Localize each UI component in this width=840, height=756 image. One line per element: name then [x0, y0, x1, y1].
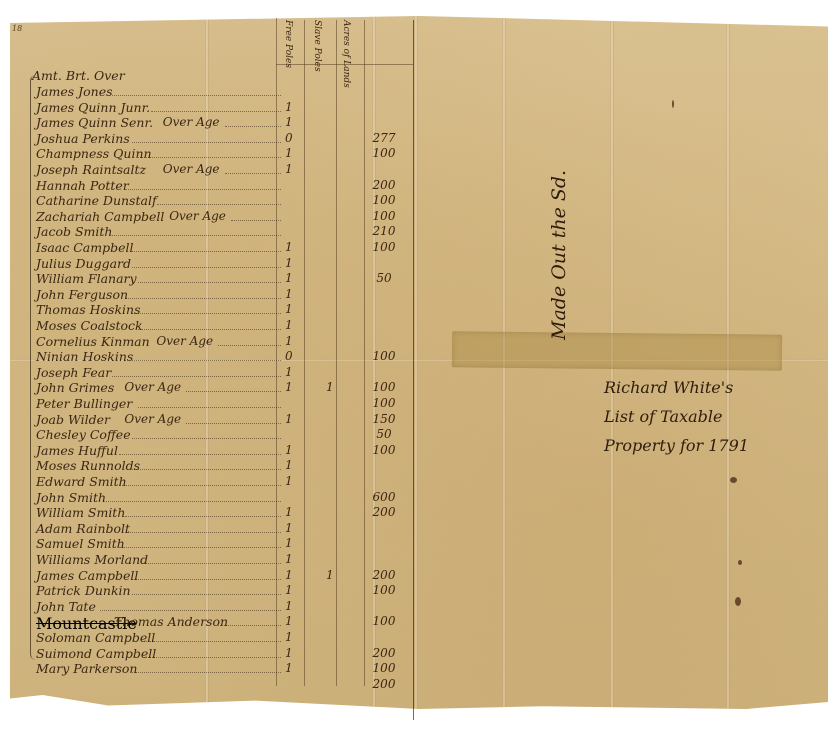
free-poll-value: 0: [285, 349, 293, 363]
acres-value: 100: [366, 209, 402, 223]
taxpayer-name: William Flanary: [36, 271, 137, 286]
acres-value: 100: [366, 583, 402, 597]
ledger-row: MountcastleThomas Anderson1100: [36, 614, 416, 631]
dotted-leader: [132, 672, 281, 673]
taxpayer-name: James Quinn Junr.: [36, 100, 150, 115]
dotted-leader: [112, 95, 281, 96]
taxpayer-name: Isaac Campbell: [36, 240, 134, 255]
taxpayer-name: Joseph Fear: [36, 365, 111, 380]
ledger-row: Hannah Potter200: [36, 178, 416, 195]
acres-value: 200: [366, 646, 402, 660]
dotted-leader: [132, 579, 281, 580]
acres-value: 210: [366, 224, 402, 238]
ledger-row: Isaac Campbell1100: [36, 240, 416, 257]
free-poll-value: 1: [285, 412, 293, 426]
ledger-row: William Flanary150: [36, 271, 416, 288]
ledger-row: John GrimesOver Age11100: [36, 380, 416, 397]
docket-line: List of Taxable: [604, 402, 749, 431]
ledger-row: John Smith600: [36, 490, 416, 507]
free-poll-value: 1: [285, 287, 293, 301]
slave-poll-value: 1: [326, 568, 334, 582]
free-poll-value: 1: [285, 240, 293, 254]
dotted-leader: [218, 345, 281, 346]
age-note: Over Age: [156, 334, 213, 348]
ledger-row: Catharine Dunstalf100: [36, 193, 416, 210]
taxpayer-name: John Grimes: [36, 380, 114, 395]
taxpayer-name: Julius Duggard: [36, 256, 131, 271]
free-poll-value: 1: [285, 552, 293, 566]
page-mark: 18: [12, 24, 22, 33]
taxpayer-name: Peter Bullinger: [36, 396, 132, 411]
dotted-leader: [106, 501, 281, 502]
ink-blot: [735, 597, 741, 606]
dotted-leader: [218, 625, 281, 626]
acres-value: 100: [366, 349, 402, 363]
free-poll-value: 1: [285, 318, 293, 332]
taxpayer-name: Cornelius Kinman: [36, 334, 150, 349]
ledger-row: John Ferguson1: [36, 287, 416, 304]
dotted-leader: [138, 282, 281, 283]
ledger-row: Moses Coalstock1: [36, 318, 416, 335]
taxpayer-name: Mary Parkerson: [36, 661, 137, 676]
ledger-row: Joseph RaintsaltzOver Age1: [36, 162, 416, 179]
dotted-leader: [144, 641, 281, 642]
acres-value: 200: [366, 568, 402, 582]
dotted-leader: [100, 610, 281, 611]
free-poll-value: 1: [285, 256, 293, 270]
taxpayer-name: Moses Coalstock: [36, 318, 143, 333]
dotted-leader: [138, 407, 281, 408]
free-poll-value: 1: [285, 302, 293, 316]
taxpayer-name: John Tate: [36, 599, 96, 614]
dotted-leader: [125, 532, 281, 533]
ledger-row: Jacob Smith210: [36, 224, 416, 241]
taxpayer-name: James Campbell: [36, 568, 138, 583]
dotted-leader: [186, 391, 281, 392]
taxpayer-name: Chesley Coffee: [36, 427, 131, 442]
ledger-row: Cornelius KinmanOver Age1: [36, 334, 416, 351]
ledger-row: Soloman Campbell1: [36, 630, 416, 647]
dotted-leader: [125, 189, 281, 190]
taxpayer-name: Joab Wilder: [36, 412, 110, 427]
free-poll-value: 1: [285, 661, 293, 675]
acres-value: 50: [366, 427, 402, 441]
ledger-row: Chesley Coffee50: [36, 427, 416, 444]
trailing-total-row: 200: [36, 677, 416, 694]
ledger-row: Julius Duggard1: [36, 256, 416, 273]
acres-value: 600: [366, 490, 402, 504]
ledger-row: John Tate1: [36, 599, 416, 616]
free-poll-value: 1: [285, 443, 293, 457]
dotted-leader: [112, 376, 281, 377]
acres-value: 50: [366, 271, 402, 285]
taxpayer-name: James Hufful: [36, 443, 118, 458]
acres-value: 100: [366, 240, 402, 254]
ink-blot: [672, 100, 674, 108]
ledger-row: Williams Morland1: [36, 552, 416, 569]
taxpayer-name: Suimond Campbell: [36, 646, 156, 661]
taxpayer-name: James Quinn Senr.: [36, 115, 153, 130]
age-note: Over Age: [169, 209, 226, 223]
ledger-row: James Jones: [36, 84, 416, 101]
acres-value: 200: [366, 505, 402, 519]
free-poll-value: 1: [285, 380, 293, 394]
taxpayer-name: Thomas Anderson: [114, 614, 228, 629]
ledger-row: James Campbell11200: [36, 568, 416, 585]
ledger-row: James Quinn Senr.Over Age1: [36, 115, 416, 132]
acres-value: 277: [366, 131, 402, 145]
ledger-row: Joab WilderOver Age1150: [36, 412, 416, 429]
taxpayer-name: James Jones: [36, 84, 113, 99]
docket-line: Richard White's: [604, 373, 749, 402]
slave-poll-value: 1: [326, 380, 334, 394]
taxpayer-name: Jacob Smith: [36, 224, 112, 239]
dotted-leader: [225, 126, 281, 127]
dotted-leader: [132, 360, 281, 361]
ledger-row: Champness Quinn1100: [36, 146, 416, 163]
free-poll-value: 1: [285, 365, 293, 379]
carried-over-label: Amt. Brt. Over: [32, 68, 125, 83]
free-poll-value: 1: [285, 646, 293, 660]
dotted-leader: [125, 298, 281, 299]
taxpayer-name: Joshua Perkins: [36, 131, 130, 146]
free-poll-value: 1: [285, 474, 293, 488]
ledger-row: Mary Parkerson1100: [36, 661, 416, 678]
acres-value: 100: [366, 146, 402, 160]
dotted-leader: [186, 423, 281, 424]
taxpayer-name: Williams Morland: [36, 552, 148, 567]
acres-value: 100: [366, 443, 402, 457]
ledger-row: Peter Bullinger100: [36, 396, 416, 413]
ledger-row: William Smith1200: [36, 505, 416, 522]
ink-blot: [730, 477, 737, 483]
ledger-row: Joseph Fear1: [36, 365, 416, 382]
dotted-leader: [144, 657, 281, 658]
free-poll-value: 1: [285, 630, 293, 644]
taxpayer-name: Samuel Smith: [36, 536, 125, 551]
age-note: Over Age: [163, 162, 220, 176]
docket-title: Richard White's List of Taxable Property…: [604, 373, 749, 460]
repair-tape: [452, 331, 782, 370]
dotted-leader: [119, 485, 281, 486]
free-poll-value: 1: [285, 115, 293, 129]
free-poll-value: 1: [285, 334, 293, 348]
taxpayer-name: Moses Runnolds: [36, 458, 140, 473]
taxpayer-name: John Smith: [36, 490, 106, 505]
taxpayer-name: Adam Rainbolt: [36, 521, 130, 536]
ledger-row: Moses Runnolds1: [36, 458, 416, 475]
acres-value: 100: [366, 614, 402, 628]
ink-blot: [738, 560, 742, 565]
taxpayer-name: Hannah Potter: [36, 178, 129, 193]
free-poll-value: 1: [285, 583, 293, 597]
dotted-leader: [157, 204, 281, 205]
acres-value: 200: [366, 178, 402, 192]
dotted-leader: [138, 329, 281, 330]
acres-value: 100: [366, 380, 402, 394]
trailing-total-value: 200: [366, 677, 402, 691]
free-poll-value: 0: [285, 131, 293, 145]
dotted-leader: [231, 220, 281, 221]
acres-value: 100: [366, 193, 402, 207]
free-poll-value: 1: [285, 536, 293, 550]
taxpayer-name: Joseph Raintsaltz: [36, 162, 146, 177]
free-poll-value: 1: [285, 458, 293, 472]
ledger-row: Patrick Dunkin1100: [36, 583, 416, 600]
dotted-leader: [225, 173, 281, 174]
taxpayer-name: Patrick Dunkin: [36, 583, 131, 598]
dotted-leader: [132, 469, 281, 470]
dotted-leader: [119, 454, 281, 455]
free-poll-value: 1: [285, 614, 293, 628]
free-poll-value: 1: [285, 599, 293, 613]
dotted-leader: [138, 157, 281, 158]
column-header-slave-poles: Slave Poles: [311, 20, 322, 72]
ledger-row: Ninian Hoskins0100: [36, 349, 416, 366]
dotted-leader: [132, 438, 281, 439]
age-note: Over Age: [124, 412, 181, 426]
dotted-leader: [125, 516, 281, 517]
dotted-leader: [132, 267, 281, 268]
dotted-leader: [151, 111, 281, 112]
age-note: Over Age: [124, 380, 181, 394]
ledger-row: Edward Smith1: [36, 474, 416, 491]
free-poll-value: 1: [285, 100, 293, 114]
taxpayer-name: Soloman Campbell: [36, 630, 155, 645]
ledger-row: James Quinn Junr.1: [36, 100, 416, 117]
acres-value: 100: [366, 396, 402, 410]
carried-over-row: Amt. Brt. Over: [32, 68, 412, 85]
taxpayer-name: Thomas Hoskins: [36, 302, 141, 317]
free-poll-value: 1: [285, 521, 293, 535]
dotted-leader: [119, 547, 281, 548]
dotted-leader: [132, 251, 281, 252]
ledger-row: Suimond Campbell1200: [36, 646, 416, 663]
dotted-leader: [132, 142, 281, 143]
ledger-row: Zachariah CampbellOver Age100: [36, 209, 416, 226]
dotted-leader: [132, 313, 281, 314]
ledger-row: James Hufful1100: [36, 443, 416, 460]
free-poll-value: 1: [285, 162, 293, 176]
free-poll-value: 1: [285, 505, 293, 519]
taxpayer-name: Ninian Hoskins: [36, 349, 133, 364]
taxpayer-name: Catharine Dunstalf: [36, 193, 157, 208]
age-note: Over Age: [163, 115, 220, 129]
dotted-leader: [144, 563, 281, 564]
ledger-row: Adam Rainbolt1: [36, 521, 416, 538]
column-header-free-poles: Free Poles: [282, 20, 293, 68]
dotted-leader: [132, 594, 281, 595]
free-poll-value: 1: [285, 146, 293, 160]
acres-value: 150: [366, 412, 402, 426]
taxpayer-name: Champness Quinn: [36, 146, 152, 161]
free-poll-value: 1: [285, 271, 293, 285]
taxpayer-name: William Smith: [36, 505, 125, 520]
acres-value: 100: [366, 661, 402, 675]
taxpayer-name: John Ferguson: [36, 287, 128, 302]
docket-line: Property for 1791: [604, 431, 749, 460]
ledger-row: Samuel Smith1: [36, 536, 416, 553]
ledger-row: Thomas Hoskins1: [36, 302, 416, 319]
taxpayer-name: Edward Smith: [36, 474, 127, 489]
free-poll-value: 1: [285, 568, 293, 582]
dotted-leader: [112, 235, 281, 236]
endorsement-text: Made Out the Sd.: [548, 170, 570, 340]
ledger-row: Joshua Perkins0277: [36, 131, 416, 148]
taxpayer-name: Zachariah Campbell: [36, 209, 164, 224]
